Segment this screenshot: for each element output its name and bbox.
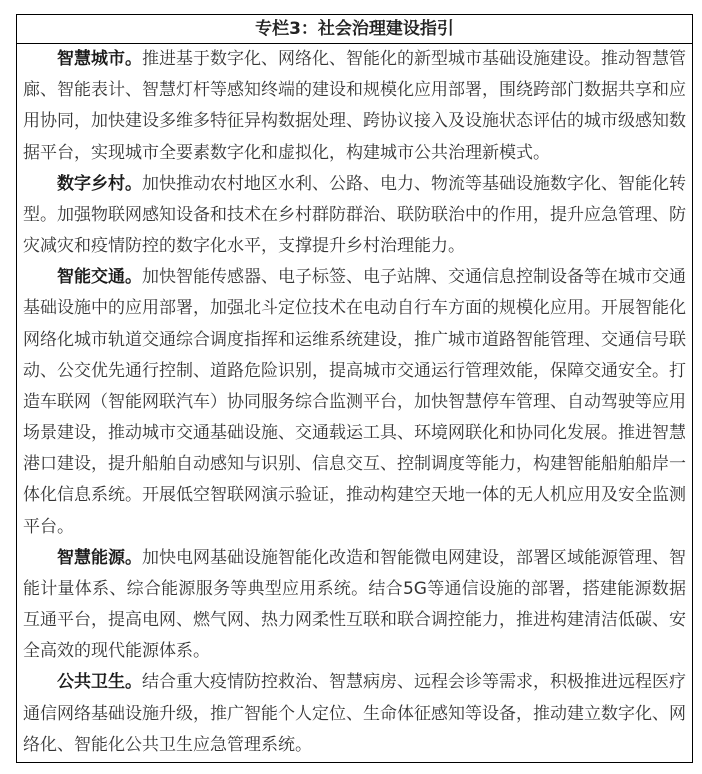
section-smart-transport: 智能交通。加快智能传感器、电子标签、电子站牌、交通信息控制设备等在城市交通基础设… (23, 262, 686, 543)
section-heading: 数字乡村。 (57, 174, 142, 194)
section-digital-village: 数字乡村。加快推动农村地区水利、公路、电力、物流等基础设施数字化、智能化转型。加… (23, 169, 686, 263)
section-heading: 智能交通。 (57, 267, 142, 287)
box-body: 智慧城市。推进基于数字化、网络化、智能化的新型城市基础设施建设。推动智慧管廊、智… (17, 44, 692, 761)
section-smart-city: 智慧城市。推进基于数字化、网络化、智能化的新型城市基础设施建设。推动智慧管廊、智… (23, 44, 686, 169)
section-public-health: 公共卫生。结合重大疫情防控救治、智慧病房、远程会诊等需求，积极推进远程医疗通信网… (23, 667, 686, 761)
section-heading: 公共卫生。 (57, 672, 142, 692)
box-title: 专栏3：社会治理建设指引 (17, 15, 692, 44)
section-heading: 智慧能源。 (57, 548, 142, 568)
section-body: 加快智能传感器、电子标签、电子站牌、交通信息控制设备等在城市交通基础设施中的应用… (23, 267, 686, 536)
section-smart-energy: 智慧能源。加快电网基础设施智能化改造和智能微电网建设，部署区域能源管理、智能计量… (23, 543, 686, 668)
section-heading: 智慧城市。 (57, 49, 142, 69)
feature-box: 专栏3：社会治理建设指引 智慧城市。推进基于数字化、网络化、智能化的新型城市基础… (16, 14, 693, 763)
